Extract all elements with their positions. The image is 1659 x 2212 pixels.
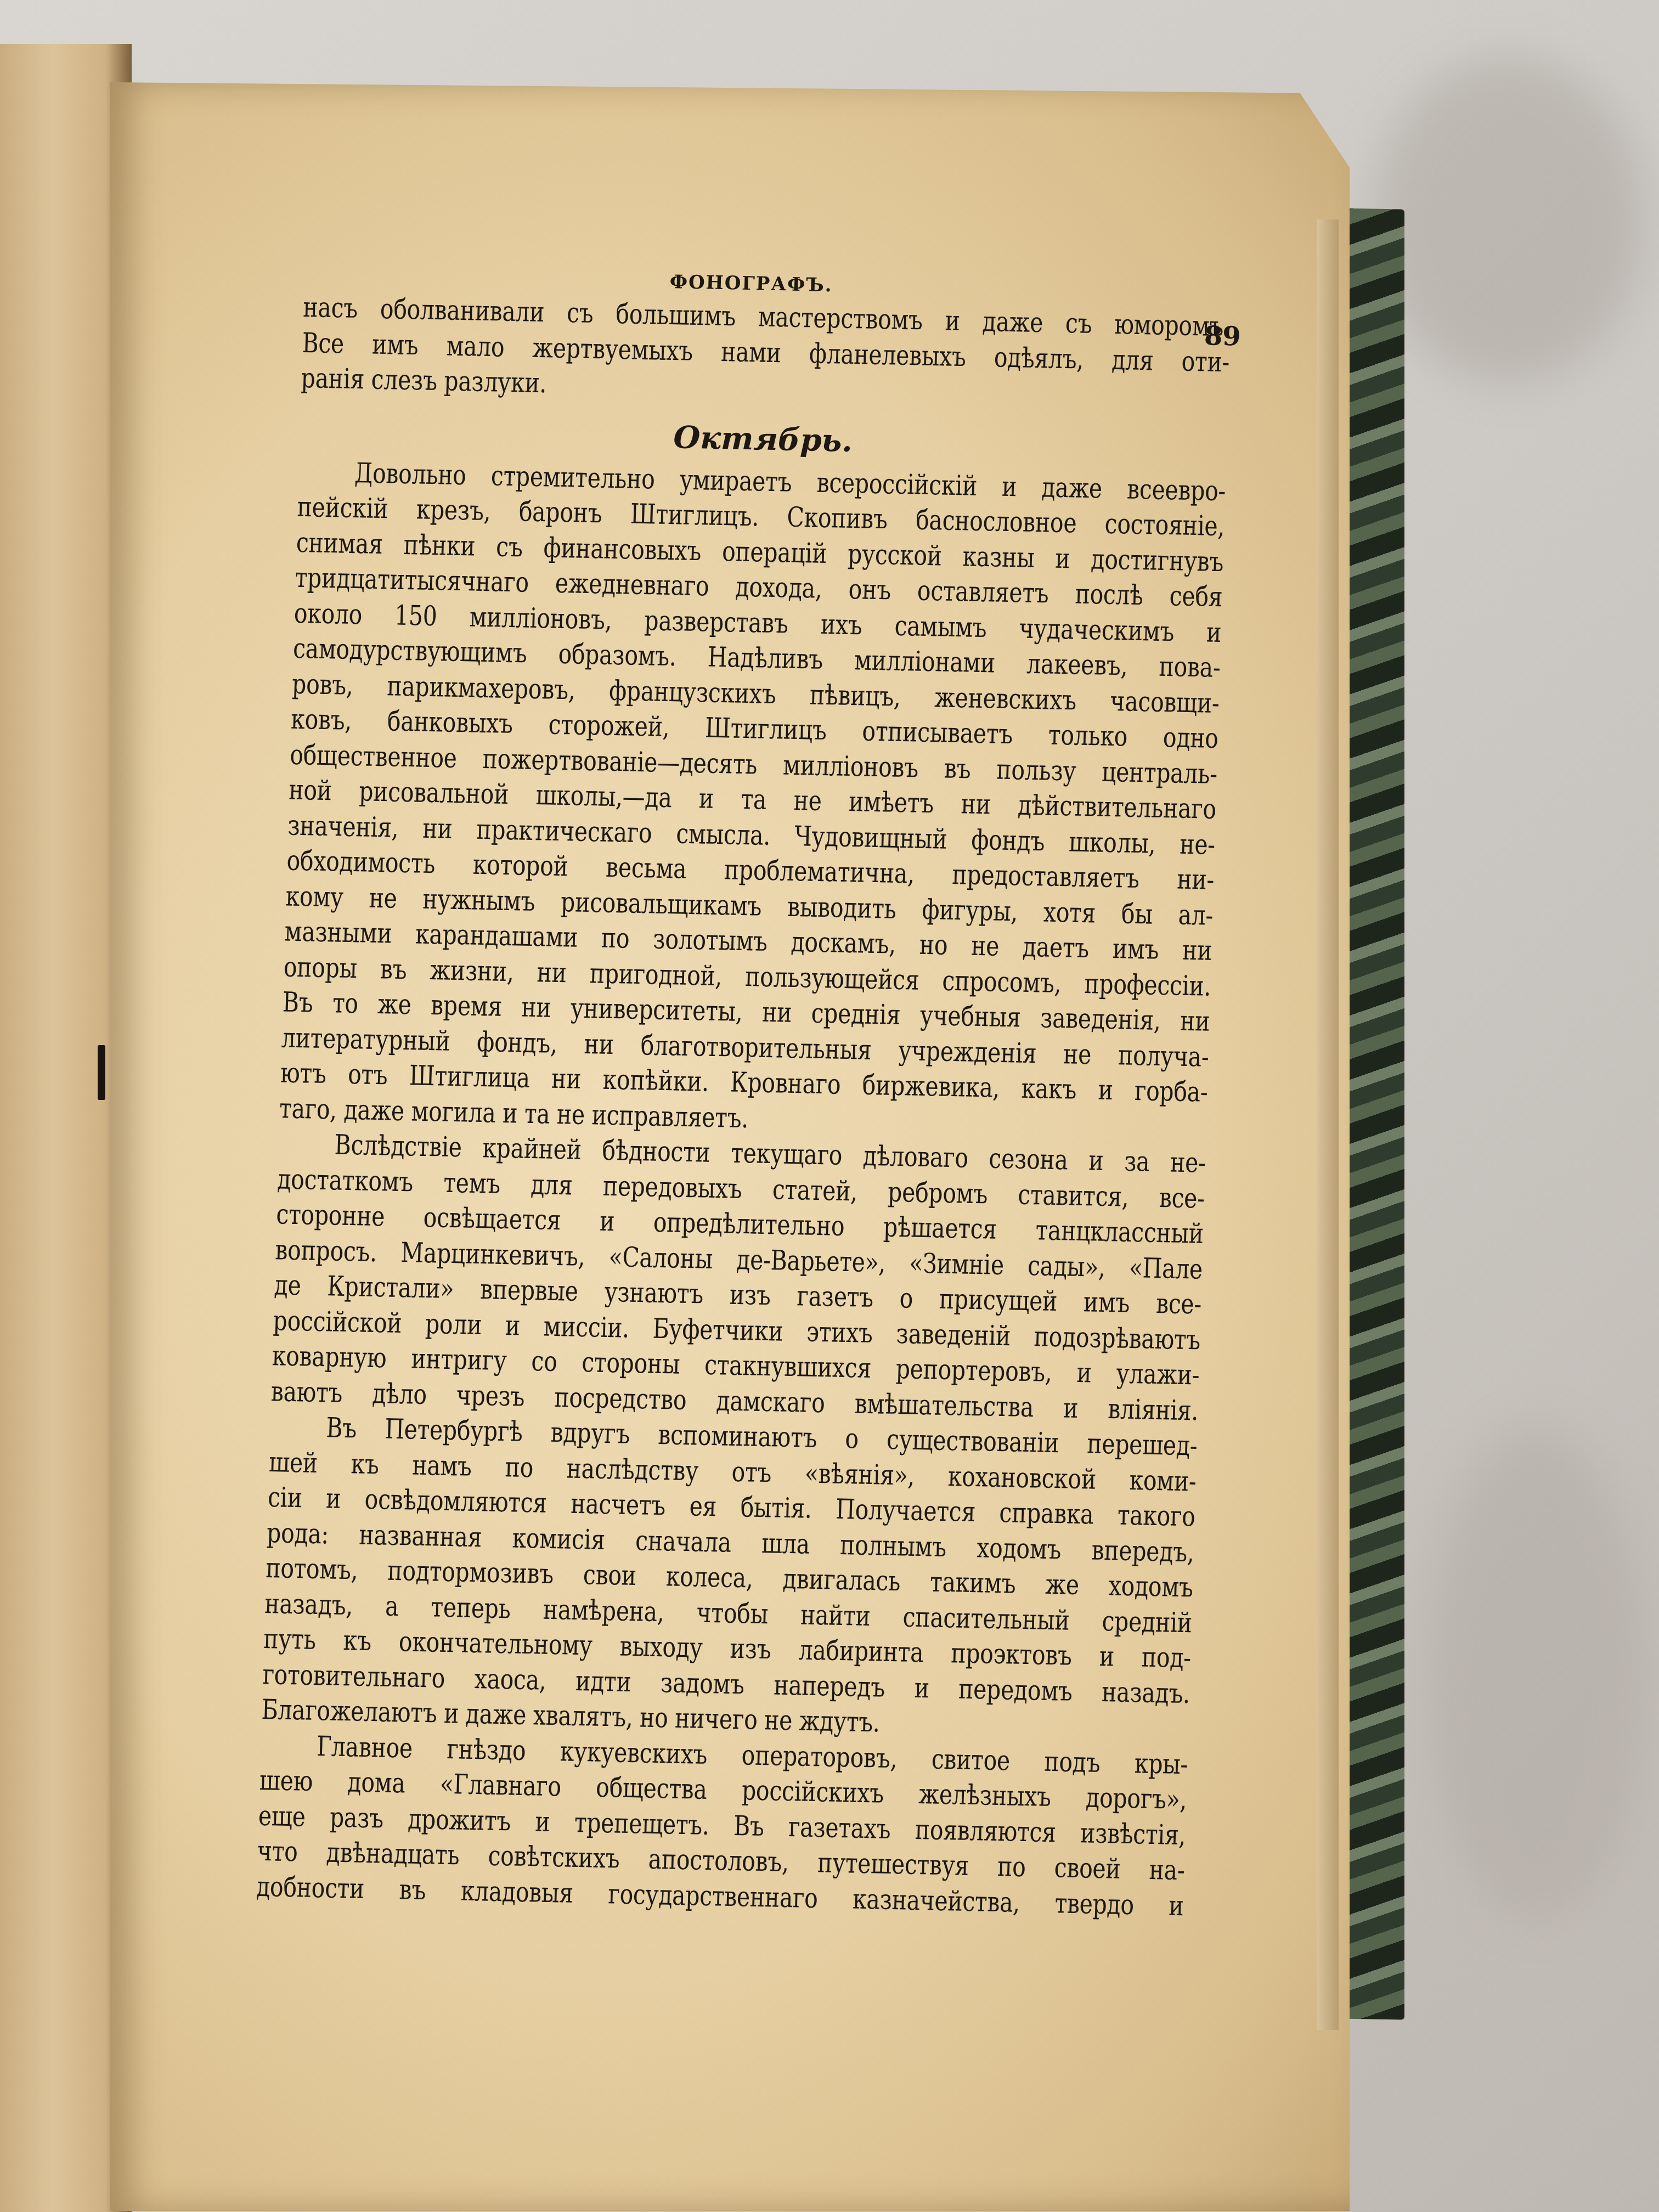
opening-lines: насъ оболванивали съ большимъ мастерство… (301, 290, 1231, 415)
page-fore-edge (1317, 219, 1339, 2030)
paragraph-4: Главное гнѣздо кукуевскихъ операторовъ, … (256, 1727, 1188, 1923)
paragraph-3: Въ Петербургѣ вдругъ вспоминаютъ о сущес… (261, 1409, 1198, 1747)
binding-thread (98, 1045, 105, 1100)
background-stain (1426, 1426, 1646, 1920)
paragraph-2: Вслѣдствіе крайней бѣдности текущаго дѣл… (270, 1126, 1206, 1428)
page-text: ФОНОГРАФЪ. 89 насъ оболванивали съ больш… (256, 263, 1231, 1923)
paragraph-1: Довольно стремительно умираетъ всероссій… (279, 454, 1226, 1145)
background-stain (1372, 55, 1646, 384)
